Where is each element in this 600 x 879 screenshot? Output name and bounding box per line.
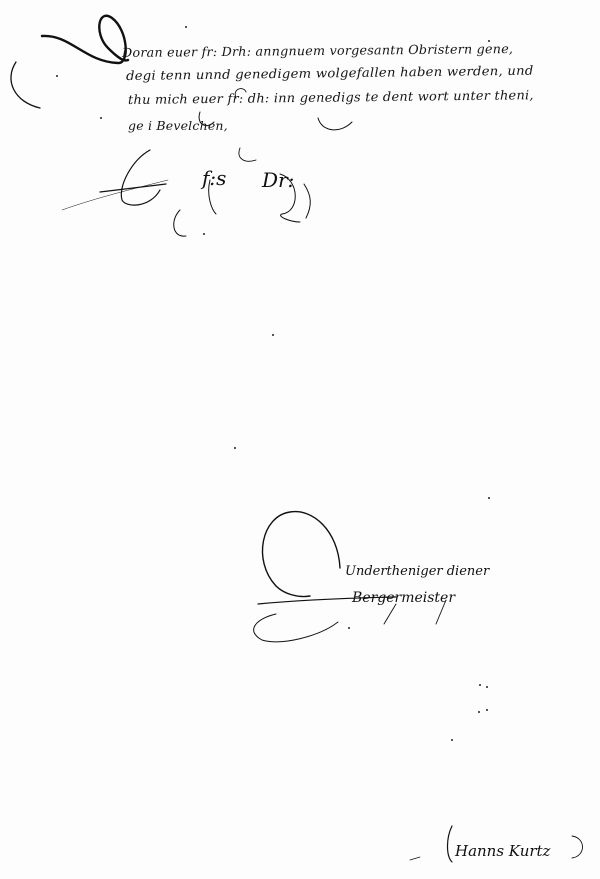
monogram-bracket	[304, 184, 310, 218]
closing-formula-line-2: Bergermeister	[352, 590, 455, 606]
left-margin-arc	[11, 62, 40, 108]
closing-lower-swash	[254, 614, 338, 642]
signature: Hanns Kurtz	[455, 842, 550, 860]
monogram-cap	[239, 148, 256, 161]
scan-speck	[203, 233, 205, 235]
monogram-faint-swash	[62, 180, 168, 210]
scan-speck	[488, 40, 490, 42]
scan-speck	[348, 627, 350, 629]
monogram-left-arc	[174, 210, 186, 236]
scan-speck	[486, 709, 488, 711]
monogram-middle: f:s	[202, 166, 226, 190]
signature-h-stroke	[448, 826, 453, 862]
letter-line-4: ge i Bevelchen,	[128, 118, 228, 133]
closing-descender-1	[384, 604, 396, 624]
scan-speck	[488, 497, 490, 499]
scan-speck	[486, 686, 488, 688]
scan-speck	[100, 117, 102, 119]
descender-loop-2	[318, 118, 352, 130]
scan-speck	[451, 739, 453, 741]
signature-k-loop	[572, 836, 583, 858]
signature-left-dash	[410, 857, 420, 860]
monogram-e-stroke	[121, 150, 160, 205]
initial-d-flourish	[42, 16, 128, 63]
scan-speck	[234, 447, 236, 449]
scan-speck	[478, 711, 480, 713]
closing-u-loop	[262, 512, 340, 597]
scan-speck	[56, 75, 58, 77]
monogram-crossbar	[100, 184, 166, 192]
scan-speck	[479, 684, 481, 686]
ink-flourishes	[0, 0, 600, 879]
monogram-right: Dr:	[262, 168, 294, 192]
manuscript-page: Doran euer fr: Drh: anngnuem vorgesantn …	[0, 0, 600, 879]
closing-formula-line-1: Undertheniger diener	[345, 564, 489, 579]
scan-speck	[185, 26, 187, 28]
scan-speck	[272, 334, 274, 336]
